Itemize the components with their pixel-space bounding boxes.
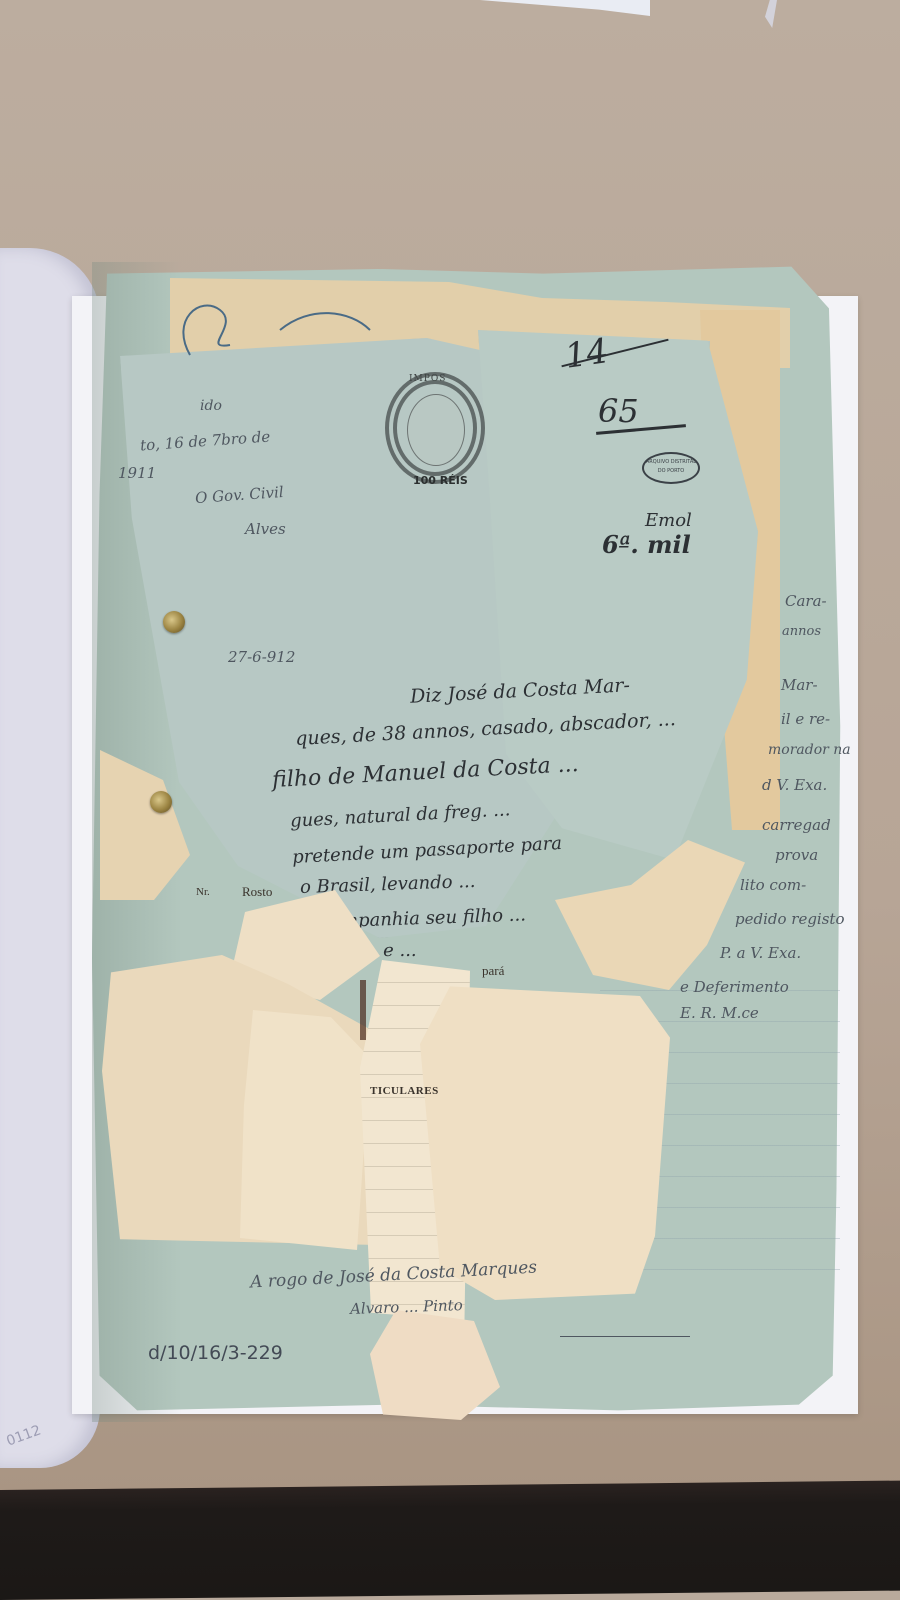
margin-line-12: e Deferimento (680, 978, 789, 996)
table-edge (0, 1481, 900, 1600)
brass-eyelet-lower (150, 791, 172, 813)
margin-line-13: E. R. M.ce (680, 1004, 759, 1022)
signature-underline (560, 1336, 690, 1337)
brass-eyelet-upper (163, 611, 185, 633)
particulares-label: TICULARES (370, 1085, 439, 1097)
partial-printed-word: pará (482, 963, 504, 979)
rosto-label: Rosto (242, 884, 272, 900)
ink-loop-decoration (160, 290, 400, 360)
margin-line-11: P. a V. Exa. (720, 944, 801, 962)
margin-line-5: morador na (768, 742, 851, 758)
margin-line-9: lito com- (740, 876, 806, 894)
archive-seal: ARQUIVO DISTRITAL DO PORTO (642, 452, 700, 484)
stamp-oval (407, 394, 465, 466)
rosto-prefix: Nr. (196, 886, 210, 898)
margin-line-4: il e re- (781, 710, 830, 728)
seal-line-2: DO PORTO (644, 466, 698, 476)
margin-line-10: pedido registo (735, 910, 844, 928)
upper-note-line-5: Alves (245, 520, 286, 538)
margin-line-3: Mar- (781, 676, 818, 694)
seal-line-1: ARQUIVO DISTRITAL (644, 458, 698, 466)
upper-note-line-1: ido (200, 398, 222, 414)
folio-number: 65 (598, 392, 639, 430)
margin-line-8: prova (775, 846, 818, 864)
archive-reference: d/10/16/3-229 (148, 1342, 283, 1364)
upper-note-line-3: 1911 (118, 464, 156, 482)
margin-line-1: Cara- (785, 592, 827, 610)
folded-envelope-fragment (420, 980, 670, 1300)
note-line-2: 6ª. mil (602, 530, 691, 559)
margin-line-6: d V. Exa. (762, 776, 827, 794)
stamp-value: 100 RÉIS (413, 474, 468, 487)
margin-line-2: annos (782, 624, 821, 639)
note-line-1: Emol (645, 510, 692, 531)
crumpled-fragment-middle (240, 1010, 370, 1250)
date-note: 27-6-912 (228, 648, 295, 666)
tear-stain (360, 980, 366, 1040)
revenue-stamp: IMPOS 100 RÉIS (377, 366, 495, 501)
margin-line-7: carregad (762, 816, 831, 834)
stamp-top-text: IMPOS (409, 374, 446, 384)
